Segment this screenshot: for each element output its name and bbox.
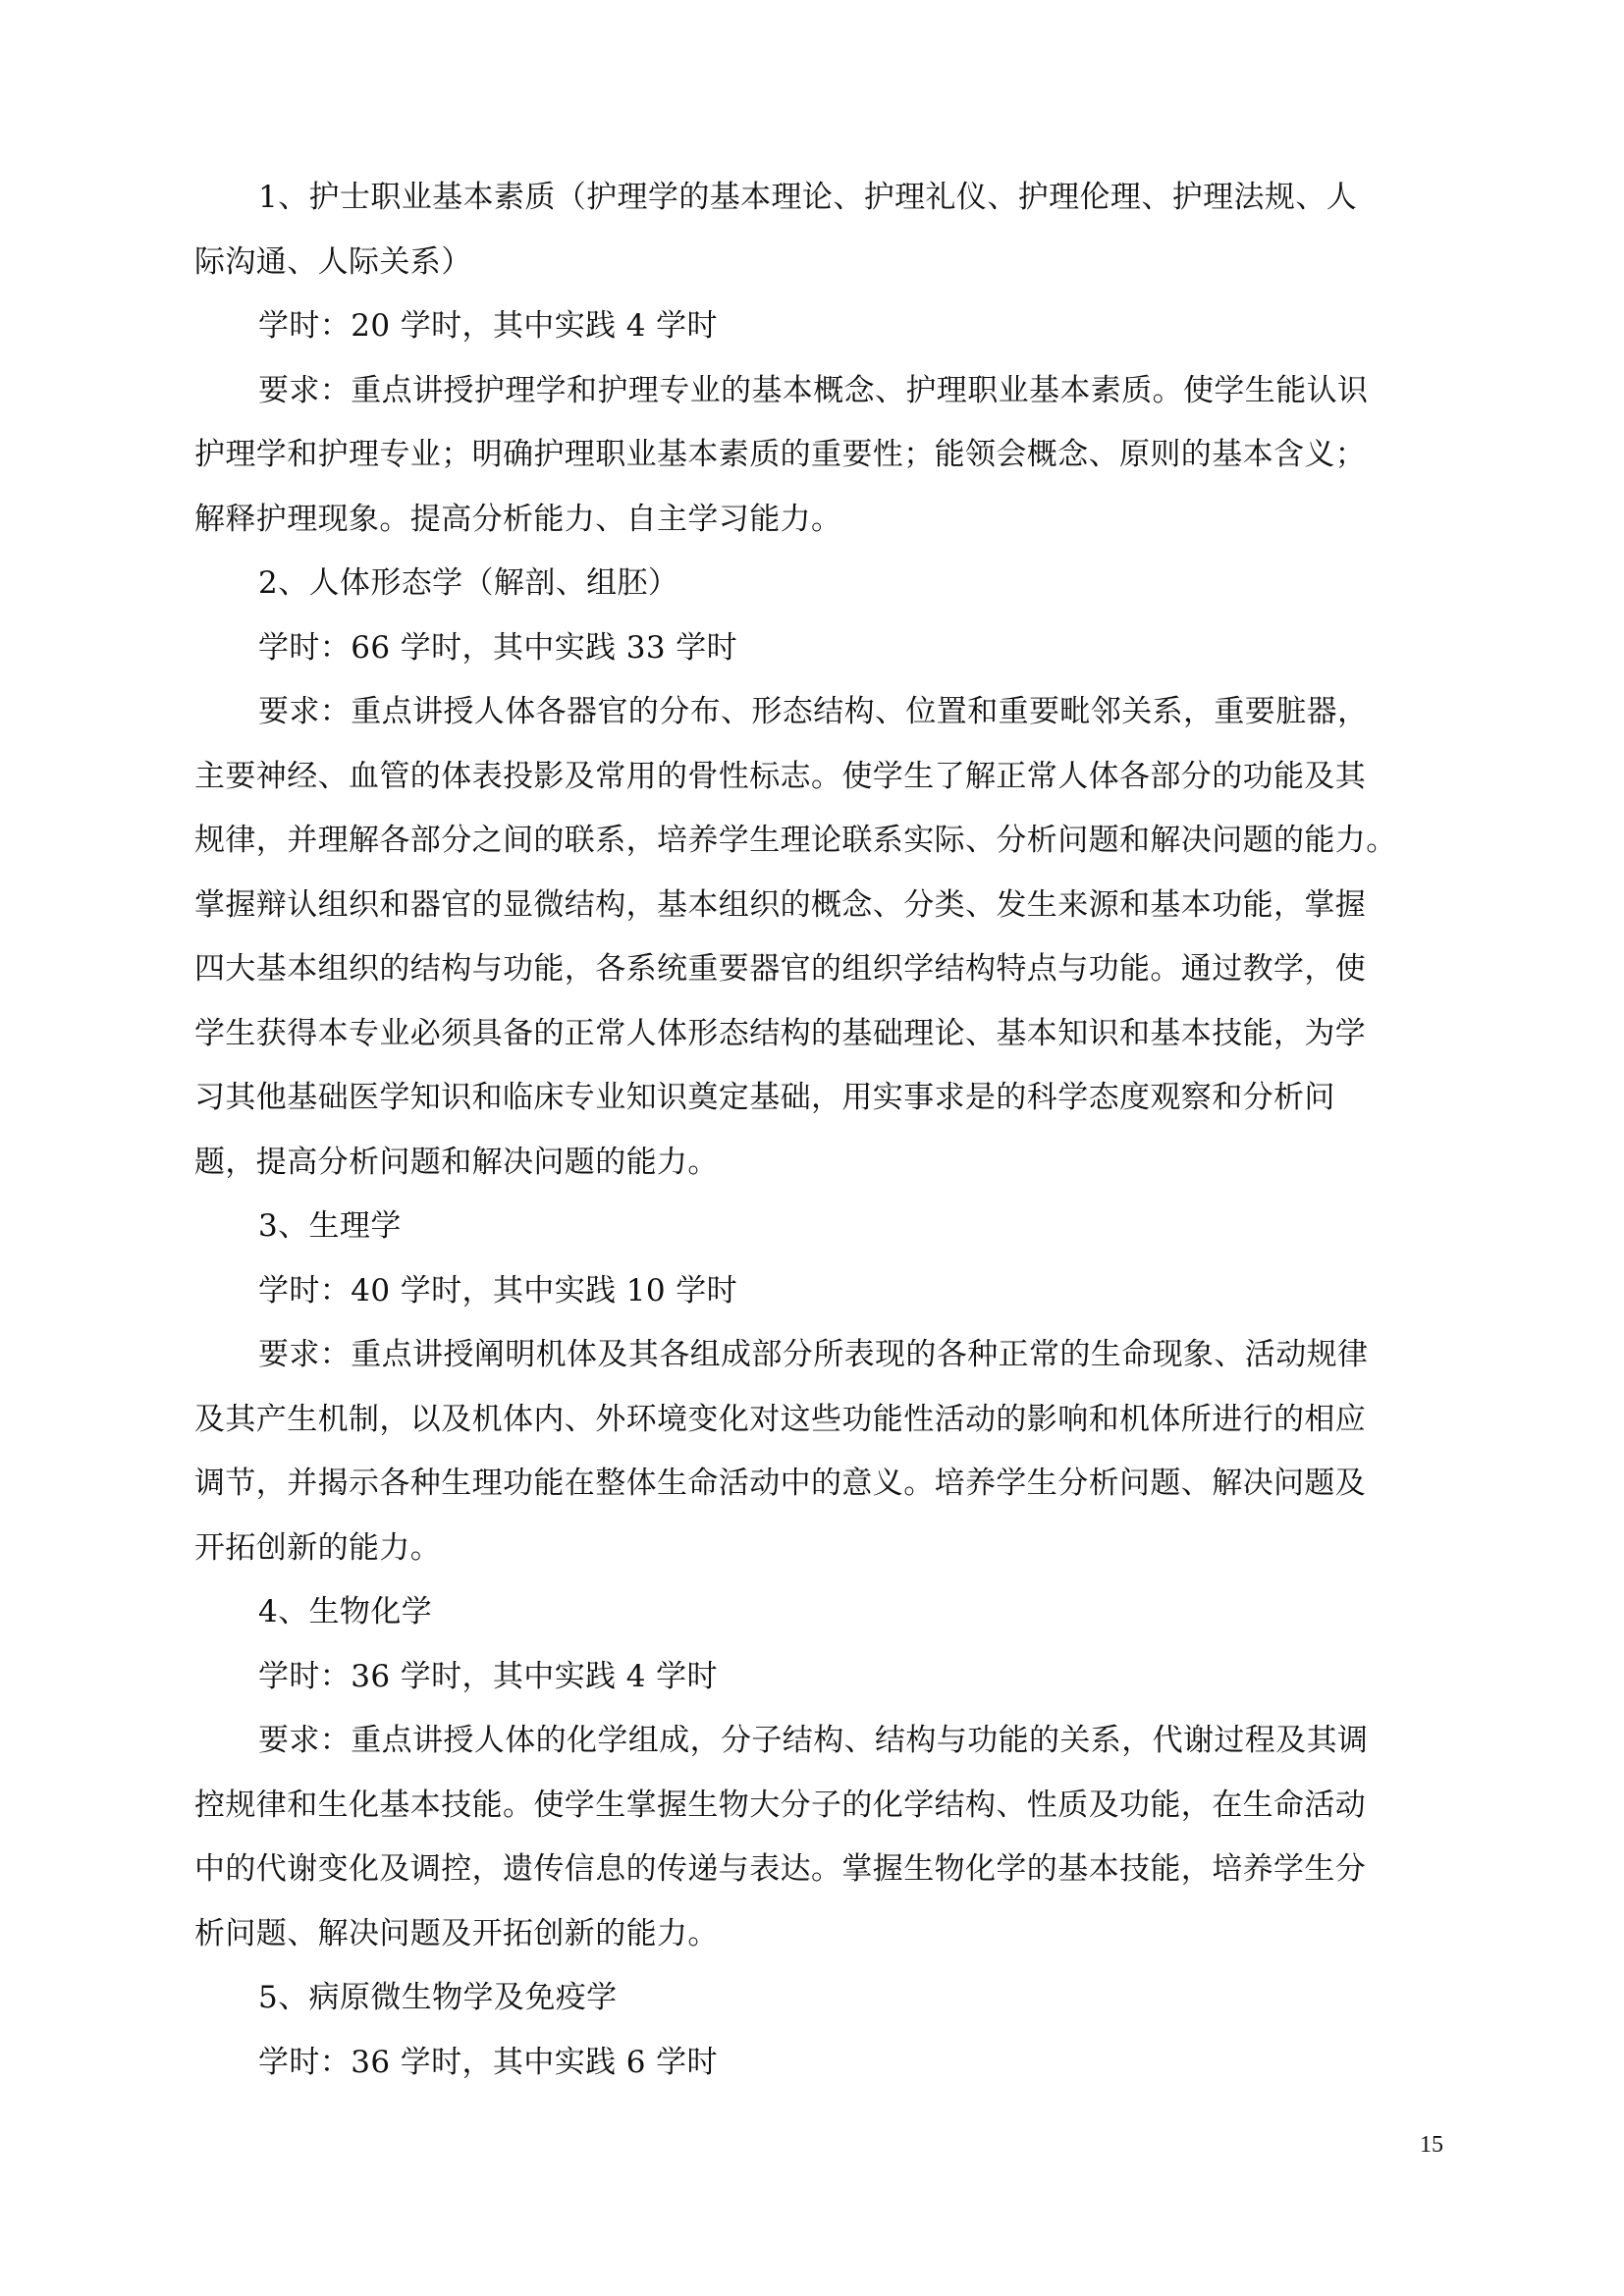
class-hours: 学时：20 学时，其中实践 4 学时 (194, 294, 1435, 359)
class-hours: 学时：36 学时，其中实践 4 学时 (194, 1645, 1435, 1710)
class-hours: 学时：66 学时，其中实践 33 学时 (194, 616, 1435, 681)
requirement-text: 解释护理现象。提高分析能力、自主学习能力。 (194, 488, 1435, 553)
class-hours: 学时：36 学时，其中实践 6 学时 (194, 2031, 1435, 2096)
requirement-text: 题，提高分析问题和解决问题的能力。 (194, 1131, 1435, 1196)
course-section-microbiology-immunology: 5、病原微生物学及免疫学 学时：36 学时，其中实践 6 学时 (194, 1966, 1435, 2095)
requirement-text: 护理学和护理专业；明确护理职业基本素质的重要性；能领会概念、原则的基本含义； (194, 423, 1435, 488)
requirement-text: 中的代谢变化及调控，遗传信息的传递与表达。掌握生物化学的基本技能，培养学生分 (194, 1838, 1435, 1902)
requirement-text: 开拓创新的能力。 (194, 1517, 1435, 1581)
section-heading: 1、护士职业基本素质（护理学的基本理论、护理礼仪、护理伦理、护理法规、人 (194, 166, 1435, 231)
requirement-text: 主要神经、血管的体表投影及常用的骨性标志。使学生了解正常人体各部分的功能及其 (194, 745, 1435, 810)
course-section-human-morphology: 2、人体形态学（解剖、组胚） 学时：66 学时，其中实践 33 学时 要求：重点… (194, 552, 1435, 1195)
requirement-text: 控规律和生化基本技能。使学生掌握生物大分子的化学结构、性质及功能，在生命活动 (194, 1774, 1435, 1839)
section-heading: 3、生理学 (194, 1195, 1435, 1259)
requirement-text: 掌握辩认组织和器官的显微结构，基本组织的概念、分类、发生来源和基本功能，掌握 (194, 874, 1435, 938)
section-heading-continuation: 际沟通、人际关系） (194, 231, 1435, 295)
requirement-text: 规律，并理解各部分之间的联系，培养学生理论联系实际、分析问题和解决问题的能力。 (194, 809, 1435, 874)
section-heading: 5、病原微生物学及免疫学 (194, 1966, 1435, 2031)
requirement-text: 要求：重点讲授人体各器官的分布、形态结构、位置和重要毗邻关系，重要脏器， (194, 680, 1435, 745)
course-section-physiology: 3、生理学 学时：40 学时，其中实践 10 学时 要求：重点讲授阐明机体及其各… (194, 1195, 1435, 1580)
requirement-text: 析问题、解决问题及开拓创新的能力。 (194, 1902, 1435, 1967)
requirement-text: 调节，并揭示各种生理功能在整体生命活动中的意义。培养学生分析问题、解决问题及 (194, 1452, 1435, 1517)
document-body: 1、护士职业基本素质（护理学的基本理论、护理礼仪、护理伦理、护理法规、人 际沟通… (194, 166, 1435, 2095)
requirement-text: 及其产生机制，以及机体内、外环境变化对这些功能性活动的影响和机体所进行的相应 (194, 1388, 1435, 1453)
requirement-text: 要求：重点讲授阐明机体及其各组成部分所表现的各种正常的生命现象、活动规律 (194, 1323, 1435, 1388)
course-section-biochemistry: 4、生物化学 学时：36 学时，其中实践 4 学时 要求：重点讲授人体的化学组成… (194, 1580, 1435, 1966)
requirement-text: 习其他基础医学知识和临床专业知识奠定基础，用实事求是的科学态度观察和分析问 (194, 1066, 1435, 1131)
course-section-nursing-basics: 1、护士职业基本素质（护理学的基本理论、护理礼仪、护理伦理、护理法规、人 际沟通… (194, 166, 1435, 552)
document-page: 1、护士职业基本素质（护理学的基本理论、护理礼仪、护理伦理、护理法规、人 际沟通… (0, 0, 1624, 2296)
class-hours: 学时：40 学时，其中实践 10 学时 (194, 1259, 1435, 1324)
requirement-text: 要求：重点讲授护理学和护理专业的基本概念、护理职业基本素质。使学生能认识 (194, 359, 1435, 424)
requirement-text: 四大基本组织的结构与功能，各系统重要器官的组织学结构特点与功能。通过教学，使 (194, 937, 1435, 1002)
section-heading: 2、人体形态学（解剖、组胚） (194, 552, 1435, 616)
section-heading: 4、生物化学 (194, 1580, 1435, 1645)
requirement-text: 学生获得本专业必须具备的正常人体形态结构的基础理论、基本知识和基本技能，为学 (194, 1002, 1435, 1067)
page-number: 15 (1404, 2130, 1443, 2160)
requirement-text: 要求：重点讲授人体的化学组成，分子结构、结构与功能的关系，代谢过程及其调 (194, 1709, 1435, 1774)
